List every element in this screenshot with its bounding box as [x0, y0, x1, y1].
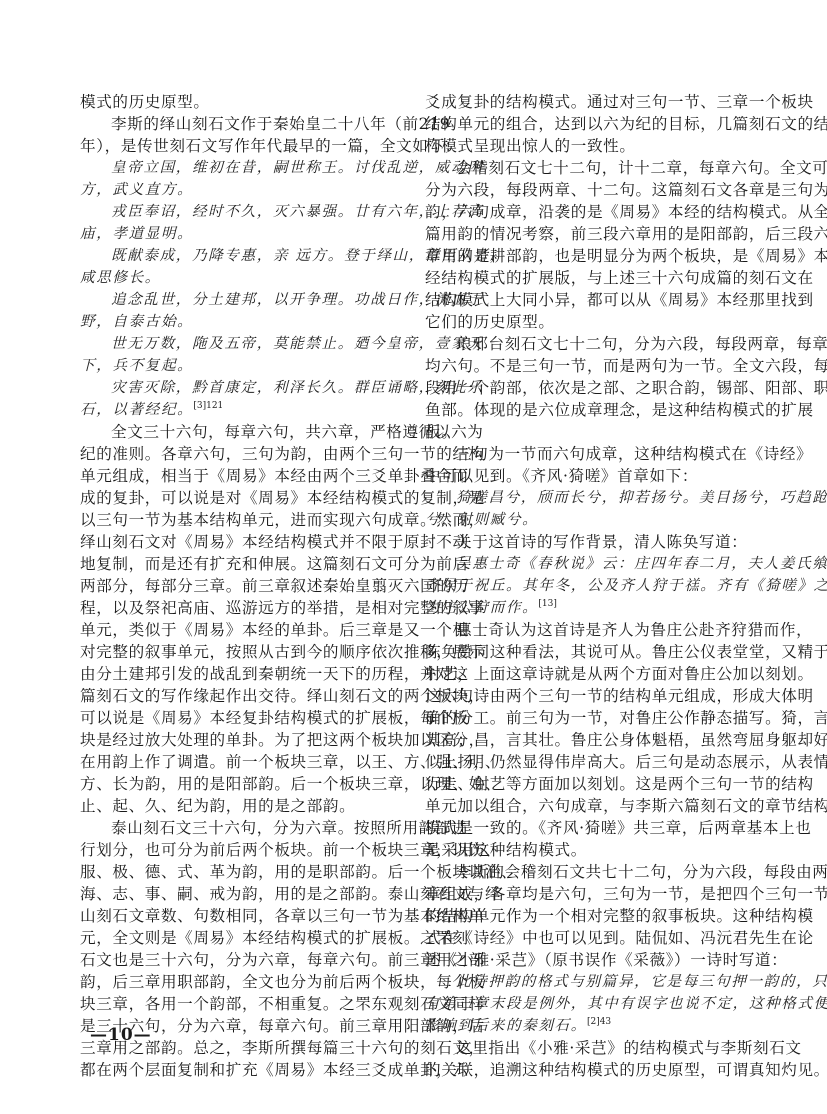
line-text: 模式是一致的。《齐风·猗嗟》共三章，后两章基本上也: [425, 819, 811, 837]
body-text-line: 似上扬，仍然显得伟岸高大。后三句是动态展示，从表情、: [425, 751, 759, 773]
body-text-line: 述《小雅·采芑》（原书误作《采薇》）一诗时写道：: [425, 949, 759, 971]
body-text-line: 模式是一致的。《齐风·猗嗟》共三章，后两章基本上也: [425, 817, 759, 839]
page-number: —10—: [90, 1025, 152, 1045]
line-text: 兮，射则臧兮。: [425, 511, 538, 528]
body-text-line: 这里指出《小雅·采芑》的结构模式与李斯刻石文: [425, 1037, 759, 1059]
line-text: 章用的是耕部韵，也是明显分为两个板块，是《周易》本: [425, 247, 827, 265]
body-text-line: 陈奂赞同这种看法，其说可从。鲁庄公仪表堂堂，又精于: [425, 641, 759, 663]
citation-marker: [13]: [538, 599, 556, 609]
line-text: 分为六段，每段两章、十二句。这篇刻石文各章是三句为: [425, 181, 827, 199]
line-text: 琅邪台刻石文七十二句，分为六段，每段两章，每章: [456, 335, 827, 353]
line-text: 都在两个层面复制和扩充《周易》本经三爻成单卦，六: [80, 1061, 469, 1079]
body-text-line: 段用一个韵部，依次是之部、之职合韵，锡部、阳部、职部、: [425, 377, 759, 399]
line-text: 止、起、久、纪为韵，用的是之部韵。: [80, 797, 355, 815]
body-text-line: 篇用韵的情况考察，前三段六章用的是阳部韵，后三段六: [425, 223, 759, 245]
body-text-line: 韵，后三章用职部韵，全文也分为前后两个板块，每个板: [80, 971, 414, 993]
body-text-line: 地复制，而是还有扩充和伸展。这篇刻石文可分为前后: [80, 553, 414, 575]
line-text: 年），是传世刻石文写作年代最早的一篇，全文如下：: [80, 137, 461, 155]
line-text: 元，全文则是《周易》本经结构模式的扩展板。之罘刻: [80, 929, 469, 947]
quoted-text-line: 石，以著经纪。[3]121: [80, 399, 414, 421]
line-text: 结构模式上大同小异，都可以从《周易》本经那里找到: [425, 291, 814, 309]
line-text: 爻成复卦的结构模式。通过对三句一节、三章一个板块: [425, 93, 814, 111]
body-text-line: 两部分，每部分三章。前三章叙述秦始皇翦灭六国的历: [80, 575, 414, 597]
body-text-line: 李斯的绎山刻石文作于秦始皇二十八年（前219: [80, 113, 414, 135]
body-text-line: 单元加以组合，六句成章，与李斯六篇刻石文的章节结构: [425, 795, 759, 817]
line-text: 单元加以组合，六句成章，与李斯六篇刻石文的章节结构: [425, 797, 827, 815]
body-text-line: 琅邪台刻石文七十二句，分为六段，每段两章，每章: [425, 333, 759, 355]
line-text: 构模式呈现出惊人的一致性。: [425, 137, 636, 155]
line-text: 三句为一节而六句成章，这种结构模式在《诗经》: [456, 445, 812, 463]
quoted-text-line: 齐侯于祝丘。其年冬，公及齐人狩于禚。齐有《猗嗟》之诗，: [425, 575, 759, 597]
quoted-text-line: 皇帝立国，维初在昔，嗣世称王。讨伐乱逆，威动四: [80, 157, 414, 179]
quoted-text-line: 庙，孝道显明。: [80, 223, 414, 245]
quoted-text-line: 此诗押韵的格式与别篇异，它是每三句押一韵的，只: [425, 971, 759, 993]
body-text-line: 行走、射艺等方面加以刻划。这是两个三句一节的结构: [425, 773, 759, 795]
line-text: 章组成，各章均是六句，三句为一节，是把四个三句一节: [425, 885, 827, 903]
quoted-text-line: 世无万数，陁及五帝，莫能禁止。廼今皇帝，壹家天: [80, 333, 414, 355]
quoted-text-line: 戎臣奉诏，经时不久，灭六暴强。廿有六年，上荐高: [80, 201, 414, 223]
line-text: 的关联，追溯这种结构模式的历史原型，可谓真知灼见。: [425, 1061, 827, 1079]
body-text-line: 成的复卦，可以说是对《周易》本经结构模式的复制，是: [80, 487, 414, 509]
line-text: 泰山刻石文三十六句，分为六章。按照所用韵部进: [111, 819, 467, 837]
body-text-line: 海、志、事、嗣、戒为韵，用的是之部韵。泰山刻石文与绎: [80, 883, 414, 905]
line-text: 会稽刻石文七十二句，计十二章，每章六句。全文可: [456, 159, 827, 177]
line-text: 是采用这种结构模式。: [425, 841, 587, 859]
body-text-line: 单元，类似于《周易》本经的单卦。后三章是又一个相: [80, 619, 414, 641]
quoted-text-line: 有第三章末段是例外，其中有误字也说不定，这种格式便: [425, 993, 759, 1015]
body-text-line: 以三句一节为基本结构单元，进而实现六句成章。然而，: [80, 509, 414, 531]
line-text: 两部分，每部分三章。前三章叙述秦始皇翦灭六国的历: [80, 577, 469, 595]
line-text: 均六句。不是三句一节，而是两句为一节。全文六段，每: [425, 357, 827, 375]
line-text: 野，自泰古始。: [80, 313, 193, 330]
body-text-line: 结构单元的组合，达到以六为纪的目标，几篇刻石文的结: [425, 113, 759, 135]
line-text: 鱼部。体现的是六位成章理念，是这种结构模式的扩展: [425, 401, 814, 419]
body-text-line: 结构模式上大同小异，都可以从《周易》本经那里找到: [425, 289, 759, 311]
quoted-text-line: 方，武义直方。: [80, 179, 414, 201]
body-text-line: 绎山刻石文对《周易》本经结构模式并不限于原封不动: [80, 531, 414, 553]
body-text-line: 式在《诗经》中也可以见到。陆侃如、冯沅君先生在论: [425, 927, 759, 949]
line-text: 绎山刻石文对《周易》本经结构模式并不限于原封不动: [80, 533, 469, 551]
body-text-line: 板。: [425, 421, 759, 443]
line-text: 其高；昌，言其壮。鲁庄公身体魁梧，虽然弯屈身躯却好: [425, 731, 827, 749]
body-text-line: 可以说是《周易》本经复卦结构模式的扩展板，每个板: [80, 707, 414, 729]
line-text: 它们的历史原型。: [425, 313, 555, 331]
body-text-line: 确的分工。前三句为一节，对鲁庄公作静态描写。猗，言: [425, 707, 759, 729]
quoted-text-line: 灾害灭除，黔首康定，利泽长久。群臣诵略，刻此乐: [80, 377, 414, 399]
body-text-line: 三句为一节而六句成章，这种结构模式在《诗经》: [425, 443, 759, 465]
line-text: 的结构单元作为一个相对完整的叙事板块。这种结构模: [425, 907, 814, 925]
body-text-line: 行划分，也可分为前后两个板块。前一个板块三章，以饬、: [80, 839, 414, 861]
line-text: 咸思修长。: [80, 269, 161, 286]
body-text-line: 鱼部。体现的是六位成章理念，是这种结构模式的扩展: [425, 399, 759, 421]
line-text: 庙，孝道显明。: [80, 225, 193, 242]
body-text-line: 块是经过放大处理的单卦。为了把这两个板块加以区分，: [80, 729, 414, 751]
line-text: 齐侯于祝丘。其年冬，公及齐人狩于禚。齐有《猗嗟》之诗，: [425, 577, 827, 594]
line-text: 行走、射艺等方面加以刻划。这是两个三句一节的结构: [425, 775, 814, 793]
quoted-text-line: 吴惠士奇《春秋说》云：庄四年春二月，夫人姜氏飨: [425, 553, 759, 575]
body-text-line: 山刻石文章数、句数相同，各章以三句一节为基本结构单: [80, 905, 414, 927]
line-text: 述《小雅·采芑》（原书误作《采薇》）一诗时写道：: [425, 951, 787, 969]
line-text: 篇用韵的情况考察，前三段六章用的是阳部韵，后三段六: [425, 225, 827, 243]
citation-marker: [2]43: [587, 1017, 611, 1027]
body-text-line: 全文三十六句，每章六句，共六章，严格遵循以六为: [80, 421, 414, 443]
line-text: 射艺，上面这章诗就是从两个方面对鲁庄公加以刻划。: [425, 665, 814, 683]
body-text-line: 篇刻石文的写作缘起作出交待。绎山刻石文的两个板块，: [80, 685, 414, 707]
line-text: 中可以见到。《齐风·猗嗟》首章如下：: [425, 467, 698, 485]
body-text-line: 的结构单元作为一个相对完整的叙事板块。这种结构模: [425, 905, 759, 927]
body-text-line: 惠士奇认为这首诗是齐人为鲁庄公赴齐狩猎而作，: [425, 619, 759, 641]
body-text-line: 中可以见到。《齐风·猗嗟》首章如下：: [425, 465, 759, 487]
line-text: 式在《诗经》中也可以见到。陆侃如、冯沅君先生在论: [425, 929, 814, 947]
body-text-line: 章组成，各章均是六句，三句为一节，是把四个三句一节: [425, 883, 759, 905]
body-text-line: 会稽刻石文七十二句，计十二章，每章六句。全文可: [425, 157, 759, 179]
line-text: 有第三章末段是例外，其中有误字也说不定，这种格式便: [425, 995, 827, 1012]
line-text: 板。: [425, 423, 457, 441]
body-text-line: 石文也是三十六句，分为六章，每章六句。前三章用之部: [80, 949, 414, 971]
body-text-line: 在用韵上作了调遣。前一个板块三章，以王、方、强、明、: [80, 751, 414, 773]
body-text-line: 这六句诗由两个三句一节的结构单元组成，形成大体明: [425, 685, 759, 707]
line-text: 惠士奇认为这首诗是齐人为鲁庄公赴齐狩猎而作，: [456, 621, 812, 639]
line-text: 影响到后来的秦刻石。: [425, 1017, 587, 1034]
body-text-line: 分为六段，每段两章、十二句。这篇刻石文各章是三句为: [425, 179, 759, 201]
body-text-line: 方、长为韵，用的是阳部韵。后一个板块三章，以理、始、: [80, 773, 414, 795]
line-text: 结构单元的组合，达到以六为纪的目标，几篇刻石文的结: [425, 115, 827, 133]
body-text-line: 爻成复卦的结构模式。通过对三句一节、三章一个板块: [425, 91, 759, 113]
line-text: 这里指出《小雅·采芑》的结构模式与李斯刻石文: [456, 1039, 802, 1057]
body-text-line: 纪的准则。各章六句，三句为韵，由两个三句一节的结构: [80, 443, 414, 465]
body-text-line: 李斯的会稽刻石文共七十二句，分为六段，每段由两: [425, 861, 759, 883]
line-text: 方，武义直方。: [80, 181, 193, 198]
line-text: 由分土建邦引发的战乱到秦朝统一天下的历程，并对这: [80, 665, 469, 683]
line-text: 地复制，而是还有扩充和伸展。这篇刻石文可分为前后: [80, 555, 469, 573]
body-text-line: 模式的历史原型。: [80, 91, 414, 113]
quoted-text-line: 追念乱世，分土建邦，以开争理。功战日作，流血于: [80, 289, 414, 311]
body-text-line: 年），是传世刻石文写作年代最早的一篇，全文如下：: [80, 135, 414, 157]
line-text: 这六句诗由两个三句一节的结构单元组成，形成大体明: [425, 687, 814, 705]
quoted-text-line: 为庄公狩而作。[13]: [425, 597, 759, 619]
line-text: 陈奂赞同这种看法，其说可从。鲁庄公仪表堂堂，又精于: [425, 643, 827, 661]
line-text: 模式的历史原型。: [80, 93, 210, 111]
body-text-line: 程，以及祭祀高庙、巡游远方的举措，是相对完整的叙事: [80, 597, 414, 619]
line-text: 李斯的绎山刻石文作于秦始皇二十八年（前219: [111, 115, 450, 133]
line-text: 李斯的会稽刻石文共七十二句，分为六段，每段由两: [456, 863, 827, 881]
body-text-line: 均六句。不是三句一节，而是两句为一节。全文六段，每: [425, 355, 759, 377]
quoted-text-line: 既献泰成，乃降专惠，亲 远方。登于绎山，群臣从者，: [80, 245, 414, 267]
line-text: 单元，类似于《周易》本经的单卦。后三章是又一个相: [80, 621, 469, 639]
right-column: 爻成复卦的结构模式。通过对三句一节、三章一个板块结构单元的组合，达到以六为纪的目…: [425, 91, 759, 1081]
body-text-line: 对完整的叙事单元，按照从古到今的顺序依次推移，展示: [80, 641, 414, 663]
line-text: 此诗押韵的格式与别篇异，它是每三句押一韵的，只: [456, 973, 827, 990]
line-text: 猗嗟昌兮，颀而长兮，抑若扬兮。美目扬兮，巧趋跄: [456, 489, 827, 506]
body-text-line: 经结构模式的扩展版，与上述三十六句成篇的刻石文在: [425, 267, 759, 289]
body-text-line: 的关联，追溯这种结构模式的历史原型，可谓真知灼见。: [425, 1059, 759, 1081]
line-text: 单元组成，相当于《周易》本经由两个三爻单卦叠合而: [80, 467, 469, 485]
body-text-line: 它们的历史原型。: [425, 311, 759, 333]
body-text-line: 构模式呈现出惊人的一致性。: [425, 135, 759, 157]
body-text-line: 关于这首诗的写作背景，清人陈奂写道：: [425, 531, 759, 553]
quoted-text-line: 猗嗟昌兮，颀而长兮，抑若扬兮。美目扬兮，巧趋跄: [425, 487, 759, 509]
quoted-text-line: 下，兵不复起。: [80, 355, 414, 377]
line-text: 石，以著经纪。: [80, 401, 193, 418]
body-text-line: 服、极、德、式、革为韵，用的是职部韵。后一个板块以治、: [80, 861, 414, 883]
line-text: 经结构模式的扩展版，与上述三十六句成篇的刻石文在: [425, 269, 814, 287]
quoted-text-line: 兮，射则臧兮。: [425, 509, 759, 531]
quoted-text-line: 咸思修长。: [80, 267, 414, 289]
left-column: 模式的历史原型。李斯的绎山刻石文作于秦始皇二十八年（前219年），是传世刻石文写…: [80, 91, 414, 1081]
body-text-line: 都在两个层面复制和扩充《周易》本经三爻成单卦，六: [80, 1059, 414, 1081]
line-text: 为庄公狩而作。: [425, 599, 538, 616]
line-text: 似上扬，仍然显得伟岸高大。后三句是动态展示，从表情、: [425, 753, 827, 771]
body-text-line: 射艺，上面这章诗就是从两个方面对鲁庄公加以刻划。: [425, 663, 759, 685]
quoted-text-line: 野，自泰古始。: [80, 311, 414, 333]
line-text: 韵，六句成章，沿袭的是《周易》本经的结构模式。从全: [425, 203, 827, 221]
body-text-line: 单元组成，相当于《周易》本经由两个三爻单卦叠合而: [80, 465, 414, 487]
line-text: 可以说是《周易》本经复卦结构模式的扩展板，每个板: [80, 709, 469, 727]
line-text: 段用一个韵部，依次是之部、之职合韵，锡部、阳部、职部、: [425, 379, 827, 397]
body-text-line: 由分土建邦引发的战乱到秦朝统一天下的历程，并对这: [80, 663, 414, 685]
body-text-line: 元，全文则是《周易》本经结构模式的扩展板。之罘刻: [80, 927, 414, 949]
body-text-line: 泰山刻石文三十六句，分为六章。按照所用韵部进: [80, 817, 414, 839]
body-text-line: 其高；昌，言其壮。鲁庄公身体魁梧，虽然弯屈身躯却好: [425, 729, 759, 751]
body-text-line: 韵，六句成章，沿袭的是《周易》本经的结构模式。从全: [425, 201, 759, 223]
citation-marker: [3]121: [193, 401, 223, 411]
body-text-line: 是采用这种结构模式。: [425, 839, 759, 861]
line-text: 下，兵不复起。: [80, 357, 193, 374]
line-text: 关于这首诗的写作背景，清人陈奂写道：: [456, 533, 748, 551]
line-text: 吴惠士奇《春秋说》云：庄四年春二月，夫人姜氏飨: [456, 555, 827, 572]
body-text-line: 止、起、久、纪为韵，用的是之部韵。: [80, 795, 414, 817]
body-text-line: 章用的是耕部韵，也是明显分为两个板块，是《周易》本: [425, 245, 759, 267]
line-text: 确的分工。前三句为一节，对鲁庄公作静态描写。猗，言: [425, 709, 827, 727]
body-text-line: 块三章，各用一个韵部，不相重复。之罘东观刻石文同样: [80, 993, 414, 1015]
quoted-text-line: 影响到后来的秦刻石。[2]43: [425, 1015, 759, 1037]
